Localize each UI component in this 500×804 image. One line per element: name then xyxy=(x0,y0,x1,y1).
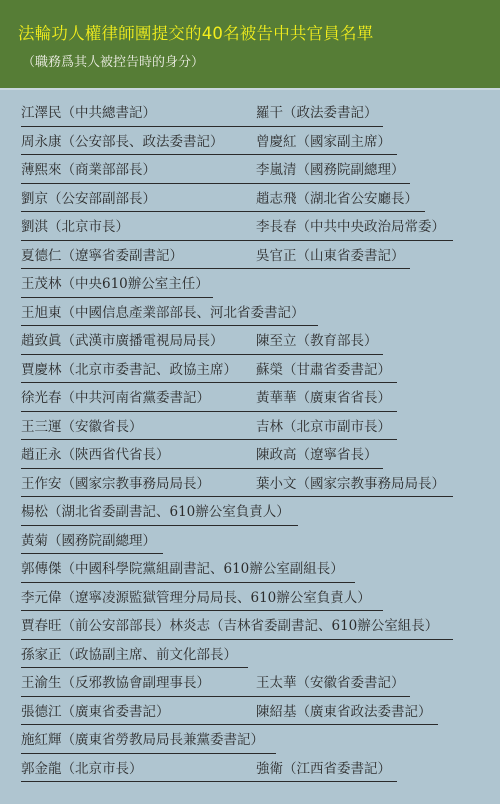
official-entry-right: 葉小文（國家宗教事務局局長） xyxy=(256,472,445,492)
list-row: 趙致眞（武漢市廣播電視局局長）陳至立（教育部長） xyxy=(21,326,383,355)
list-row: 王作安（國家宗教事務局局長）葉小文（國家宗教事務局局長） xyxy=(21,469,453,498)
official-entry-right: 蘇榮（甘肅省委書記） xyxy=(256,358,391,378)
official-entry-left: 黃菊（國務院副總理） xyxy=(21,529,156,549)
official-entry-right: 黃華華（廣東省省長） xyxy=(256,386,391,406)
header-banner: 法輪功人權律師團提交的40名被告中共官員名單 （職務爲其人被控告時的身分） xyxy=(0,0,500,88)
list-row: 郭金龍（北京市長）強衛（江西省委書記） xyxy=(21,754,397,783)
list-row: 李元偉（遼寧凌源監獄管理分局局長、610辦公室負責人） xyxy=(21,583,383,612)
list-row: 江澤民（中共總書記）羅干（政法委書記） xyxy=(21,98,383,127)
official-entry-left: 孫家正（政協副主席、前文化部長） xyxy=(21,643,237,663)
official-entry-right: 王太華（安徽省委書記） xyxy=(256,671,405,691)
official-entry-right: 李嵐清（國務院副總理） xyxy=(256,158,405,178)
list-row: 王渝生（反邪教協會副理事長）王太華（安徽省委書記） xyxy=(21,668,410,697)
page-title: 法輪功人權律師團提交的40名被告中共官員名單 xyxy=(18,20,373,44)
official-entry-left: 賈春旺（前公安部部長）林炎志（吉林省委副書記、610辦公室組長） xyxy=(21,614,438,634)
official-entry-left: 王作安（國家宗教事務局局長） xyxy=(21,472,210,492)
official-entry-right: 趙志飛（湖北省公安廳長） xyxy=(256,187,418,207)
official-entry-right: 李長春（中共中央政治局常委） xyxy=(256,215,445,235)
official-entry-right: 羅干（政法委書記） xyxy=(256,101,378,121)
official-entry-right: 曾慶紅（國家副主席） xyxy=(256,130,391,150)
official-entry-left: 江澤民（中共總書記） xyxy=(21,101,156,121)
official-entry-left: 王茂林（中央610辦公室主任） xyxy=(21,272,209,292)
list-row: 郭傳傑（中國科學院黨組副書記、610辦公室副組長） xyxy=(21,554,355,583)
list-row: 王三運（安徽省長）吉林（北京市副市長） xyxy=(21,412,397,441)
list-row: 孫家正（政協副主席、前文化部長） xyxy=(21,640,248,669)
official-entry-left: 張德江（廣東省委書記） xyxy=(21,700,170,720)
official-entry-left: 趙致眞（武漢市廣播電視局局長） xyxy=(21,329,224,349)
list-row: 王旭東（中國信息產業部部長、河北省委書記） xyxy=(21,298,318,327)
list-row: 施紅輝（廣東省勞教局局長兼黨委書記） xyxy=(21,725,276,754)
official-entry-left: 王渝生（反邪教協會副理事長） xyxy=(21,671,210,691)
official-entry-right: 陳紹基（廣東省政法委書記） xyxy=(256,700,432,720)
official-entry-left: 劉京（公安部副部長） xyxy=(21,187,156,207)
list-row: 楊松（湖北省委副書記、610辦公室負責人） xyxy=(21,497,298,526)
official-entry-right: 陳政高（遼寧省長） xyxy=(256,443,378,463)
list-row: 黃菊（國務院副總理） xyxy=(21,526,163,555)
official-entry-right: 強衛（江西省委書記） xyxy=(256,757,391,777)
official-entry-left: 周永康（公安部長、政法委書記） xyxy=(21,130,224,150)
official-entry-left: 賈慶林（北京市委書記、政協主席） xyxy=(21,358,237,378)
list-row: 夏德仁（遼寧省委副書記）吳官正（山東省委書記） xyxy=(21,241,410,270)
list-row: 賈慶林（北京市委書記、政協主席）蘇榮（甘肅省委書記） xyxy=(21,355,397,384)
official-entry-left: 趙正永（陝西省代省長） xyxy=(21,443,170,463)
official-entry-left: 李元偉（遼寧凌源監獄管理分局局長、610辦公室負責人） xyxy=(21,586,371,606)
list-row: 賈春旺（前公安部部長）林炎志（吉林省委副書記、610辦公室組長） xyxy=(21,611,453,640)
official-entry-left: 郭金龍（北京市長） xyxy=(21,757,143,777)
header-divider xyxy=(0,88,500,90)
official-entry-left: 王三運（安徽省長） xyxy=(21,415,143,435)
official-entry-left: 王旭東（中國信息產業部部長、河北省委書記） xyxy=(21,301,305,321)
list-row: 劉京（公安部副部長）趙志飛（湖北省公安廳長） xyxy=(21,184,425,213)
official-entry-left: 劉淇（北京市長） xyxy=(21,215,129,235)
official-entry-right: 陳至立（教育部長） xyxy=(256,329,378,349)
official-entry-right: 吉林（北京市副市長） xyxy=(256,415,391,435)
official-entry-left: 薄熙來（商業部部長） xyxy=(21,158,156,178)
list-row: 徐光春（中共河南省黨委書記）黃華華（廣東省省長） xyxy=(21,383,397,412)
list-row: 薄熙來（商業部部長）李嵐清（國務院副總理） xyxy=(21,155,410,184)
list-row: 趙正永（陝西省代省長）陳政高（遼寧省長） xyxy=(21,440,383,469)
official-entry-right: 吳官正（山東省委書記） xyxy=(256,244,405,264)
list-row: 周永康（公安部長、政法委書記）曾慶紅（國家副主席） xyxy=(21,127,397,156)
official-entry-left: 楊松（湖北省委副書記、610辦公室負責人） xyxy=(21,500,290,520)
list-row: 劉淇（北京市長）李長春（中共中央政治局常委） xyxy=(21,212,453,241)
list-row: 張德江（廣東省委書記）陳紹基（廣東省政法委書記） xyxy=(21,697,438,726)
official-list: 江澤民（中共總書記）羅干（政法委書記）周永康（公安部長、政法委書記）曾慶紅（國家… xyxy=(21,98,453,782)
official-entry-left: 徐光春（中共河南省黨委書記） xyxy=(21,386,210,406)
official-entry-left: 夏德仁（遼寧省委副書記） xyxy=(21,244,183,264)
list-row: 王茂林（中央610辦公室主任） xyxy=(21,269,213,298)
page-subtitle: （職務爲其人被控告時的身分） xyxy=(22,51,204,70)
official-entry-left: 郭傳傑（中國科學院黨組副書記、610辦公室副組長） xyxy=(21,557,344,577)
official-entry-left: 施紅輝（廣東省勞教局局長兼黨委書記） xyxy=(21,728,264,748)
